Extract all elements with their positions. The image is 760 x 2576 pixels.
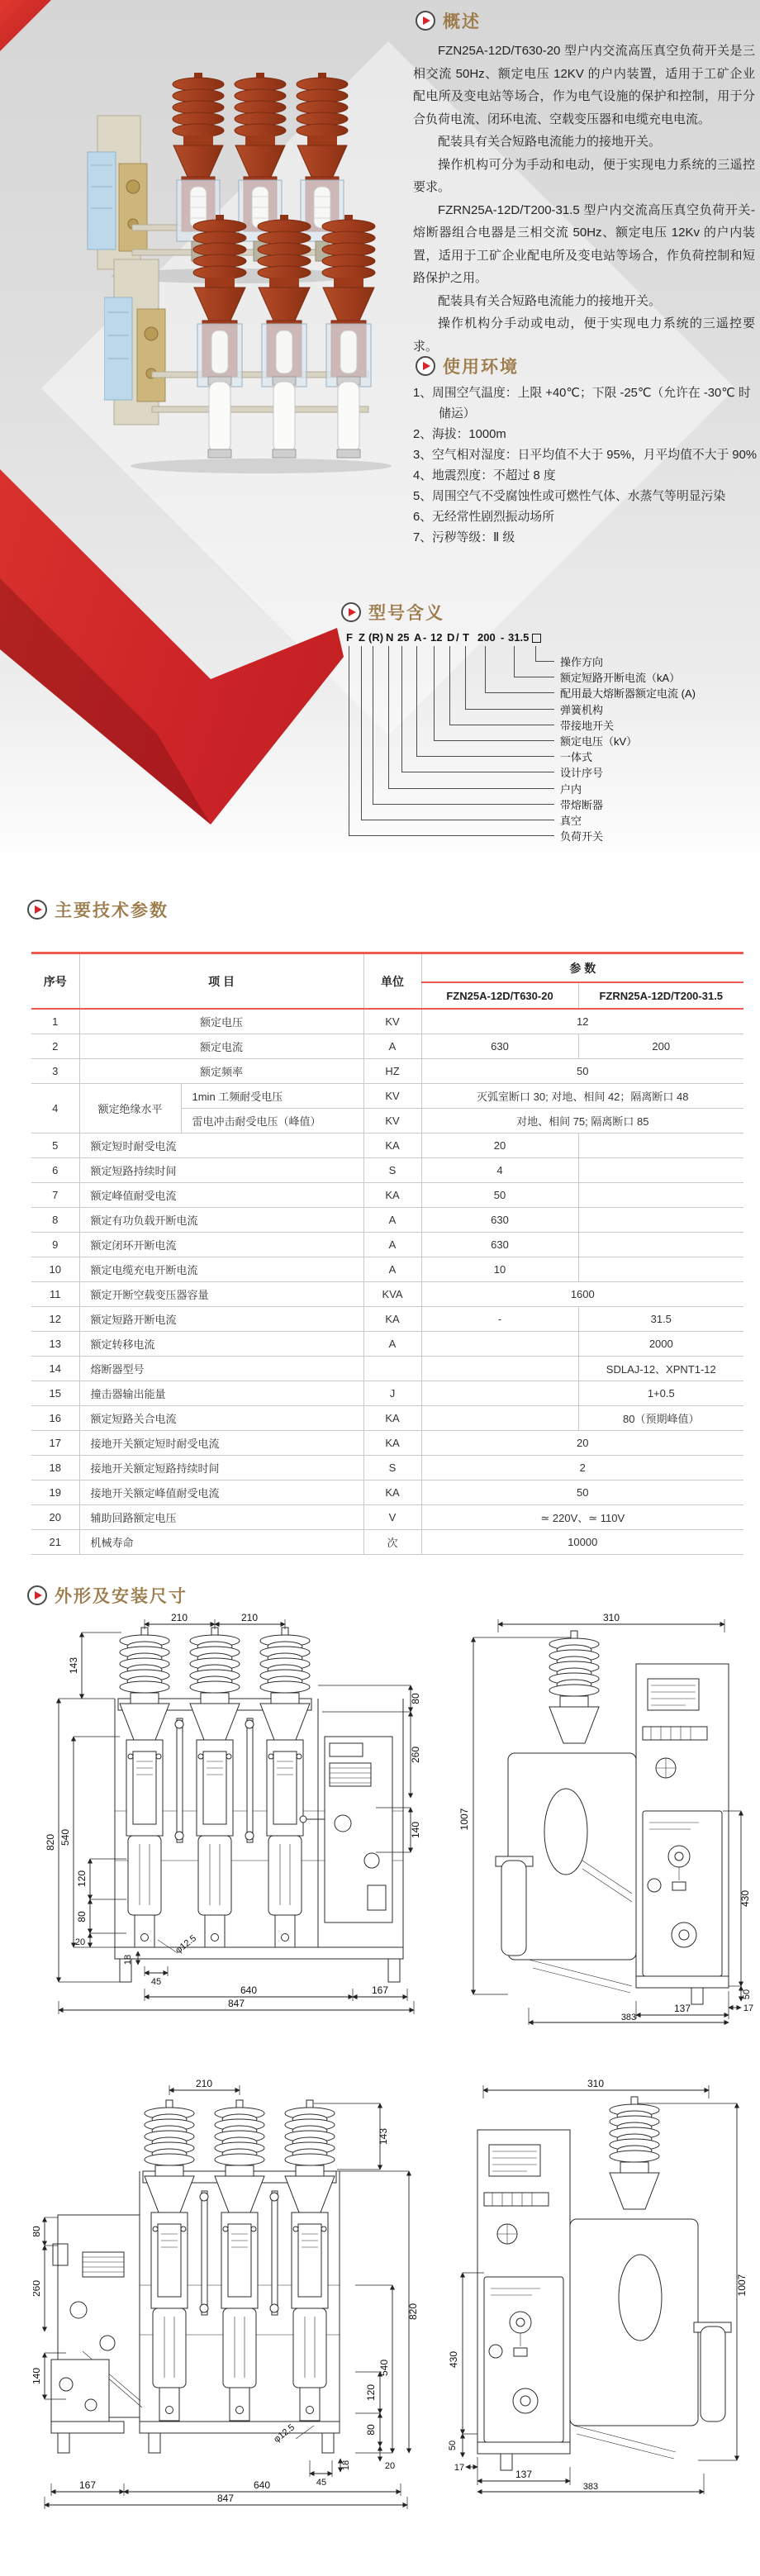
table-row: 2额定电流A630200 <box>31 1034 743 1059</box>
play-triangle-icon <box>35 1591 42 1599</box>
spec-value-1: 630 <box>421 1233 578 1257</box>
spec-no: 5 <box>31 1134 79 1158</box>
spec-item: 接地开关额定短路持续时间 <box>79 1456 363 1480</box>
table-row: 10额定电缆充电开断电流A10 <box>31 1257 743 1282</box>
table-row: 19接地开关额定峰值耐受电流KA50 <box>31 1480 743 1505</box>
spec-item: 额定频率 <box>79 1059 363 1084</box>
spec-unit: HZ <box>363 1059 421 1084</box>
model-code-part: 12 <box>430 631 442 644</box>
spec-no: 4 <box>31 1084 79 1134</box>
spec-value: 12 <box>421 1009 743 1034</box>
spec-value: 50 <box>421 1480 743 1505</box>
spec-value-1 <box>421 1381 578 1406</box>
specs-table-body: 1额定电压KV122额定电流A6302003额定频率HZ504额定绝缘水平1mi… <box>31 1009 743 1555</box>
overview-paragraph: 配装具有关合短路电流能力的接地开关。 <box>413 290 755 313</box>
environment-item: 4、地震烈度：不超过 8 度 <box>413 466 757 487</box>
dim-label: 820 <box>45 1834 56 1851</box>
section-title: 主要技术参数 <box>55 897 169 922</box>
section-dimensions-heading: 外形及安装尺寸 <box>27 1583 188 1608</box>
dim-label: 80 <box>33 2226 42 2237</box>
dim-label: 80 <box>410 1693 421 1704</box>
spec-unit: S <box>363 1158 421 1183</box>
dim-label: 310 <box>603 1613 620 1623</box>
ladder-connector <box>349 835 554 836</box>
spec-item: 雷电冲击耐受电压（峰值） <box>181 1109 363 1134</box>
dim-label: 80 <box>365 2424 377 2436</box>
dim-label: 18 <box>341 2460 351 2470</box>
spec-value-1 <box>421 1406 578 1431</box>
ladder-connector <box>535 661 554 662</box>
model-code-part: F <box>346 631 353 644</box>
table-row: 18接地开关额定短路持续时间S2 <box>31 1456 743 1480</box>
spec-unit: A <box>363 1257 421 1282</box>
spec-no: 19 <box>31 1480 79 1505</box>
table-row: 1额定电压KV12 <box>31 1009 743 1034</box>
spec-value: 对地、相间 75; 隔离断口 85 <box>421 1109 743 1134</box>
dim-label: 20 <box>75 1937 85 1947</box>
table-row: 14熔断器型号SDLAJ-12、XPNT1-12 <box>31 1357 743 1381</box>
spec-unit: KVA <box>363 1282 421 1307</box>
table-row: 7额定峰值耐受电流KA50 <box>31 1183 743 1208</box>
spec-value: 灭弧室断口 30; 对地、相间 42；隔离断口 48 <box>421 1084 743 1109</box>
col-header-item: 项 目 <box>79 953 363 1010</box>
spec-item: 额定短路关合电流 <box>79 1406 363 1431</box>
spec-value-2 <box>578 1208 743 1233</box>
environment-item: 1、周围空气温度：上限 +40℃；下限 -25℃（允许在 -30℃ 时储运） <box>413 383 757 425</box>
model-code-part: - <box>501 631 504 644</box>
spec-value-2: SDLAJ-12、XPNT1-12 <box>578 1357 743 1381</box>
dimension-figure-1-side: 310 1007 430 50 17 137 383 <box>450 1613 756 2026</box>
dim-label: 847 <box>228 1998 245 2009</box>
spec-item: 接地开关额定短时耐受电流 <box>79 1431 363 1456</box>
dim-label: 143 <box>68 1657 79 1674</box>
ladder-label: 真空 <box>560 812 582 828</box>
ladder-connector <box>465 646 466 709</box>
spec-unit: KV <box>363 1084 421 1109</box>
table-row: 5额定短时耐受电流KA20 <box>31 1134 743 1158</box>
ladder-label: 操作方向 <box>560 654 603 669</box>
spec-value: 50 <box>421 1059 743 1084</box>
table-row: 9额定闭环开断电流A630 <box>31 1233 743 1257</box>
spec-value-2 <box>578 1257 743 1282</box>
spec-value-1: 4 <box>421 1158 578 1183</box>
spec-item: 1min 工频耐受电压 <box>181 1084 363 1109</box>
spec-unit: S <box>363 1456 421 1480</box>
col-header-params: 参 数 <box>421 953 743 983</box>
spec-value-2: 80（预期峰值） <box>578 1406 743 1431</box>
dim-label: 17 <box>743 2003 753 2013</box>
spec-item: 额定电流 <box>79 1034 363 1059</box>
dim-label: 640 <box>240 1984 257 1996</box>
section-title: 概述 <box>443 8 481 33</box>
spec-item: 额定短路持续时间 <box>79 1158 363 1183</box>
spec-no: 15 <box>31 1381 79 1406</box>
specs-table: 序号 项 目 单位 参 数 FZN25A-12D/T630-20 FZRN25A… <box>31 952 743 1555</box>
spec-unit: A <box>363 1034 421 1059</box>
environment-item: 7、污秽等级：Ⅱ 级 <box>413 528 757 549</box>
ladder-label: 带熔断器 <box>560 796 603 812</box>
spec-value-1: 630 <box>421 1034 578 1059</box>
ladder-connector <box>514 677 554 677</box>
spec-no: 13 <box>31 1332 79 1357</box>
table-row: 15撞击器输出能量J1+0.5 <box>31 1381 743 1406</box>
spec-unit: KA <box>363 1307 421 1332</box>
ladder-connector <box>449 725 554 725</box>
ladder-label: 一体式 <box>560 749 592 764</box>
dim-label: 80 <box>76 1911 88 1922</box>
section-marker-icon <box>416 356 435 376</box>
spec-no: 20 <box>31 1505 79 1530</box>
spec-item: 额定有功负载开断电流 <box>79 1208 363 1233</box>
model-code-part: 31.5 <box>508 631 529 644</box>
spec-item-group: 额定绝缘水平 <box>79 1084 181 1134</box>
dim-label: 137 <box>674 2003 691 2014</box>
spec-no: 6 <box>31 1158 79 1183</box>
model-code-part: T <box>463 631 469 644</box>
spec-value: 2 <box>421 1456 743 1480</box>
dim-label: 210 <box>171 1613 188 1623</box>
ladder-connector <box>388 646 389 788</box>
ladder-label: 弹簧机构 <box>560 701 603 717</box>
spec-value-2: 31.5 <box>578 1307 743 1332</box>
spec-value-2 <box>578 1158 743 1183</box>
dimension-figure-1-front: 210 210 143 820 540 120 80 20 80 260 140… <box>45 1613 425 2026</box>
ladder-connector <box>434 740 554 741</box>
table-row: 11额定开断空载变压器容量KVA1600 <box>31 1282 743 1307</box>
dim-label: 640 <box>254 2479 270 2491</box>
spec-unit: KA <box>363 1406 421 1431</box>
dim-label: 17 <box>454 2463 464 2473</box>
spec-no: 16 <box>31 1406 79 1431</box>
dim-label: 20 <box>385 2461 395 2471</box>
spec-value-1: 10 <box>421 1257 578 1282</box>
spec-no: 1 <box>31 1009 79 1034</box>
table-row: 8额定有功负载开断电流A630 <box>31 1208 743 1233</box>
product-photo-2 <box>104 202 401 478</box>
ladder-connector <box>388 788 554 789</box>
spec-item: 额定短时耐受电流 <box>79 1134 363 1158</box>
spec-unit: KV <box>363 1109 421 1134</box>
section-marker-icon <box>341 602 361 622</box>
spec-no: 10 <box>31 1257 79 1282</box>
spec-item: 额定峰值耐受电流 <box>79 1183 363 1208</box>
model-code-part: / <box>456 631 459 644</box>
photo2-poles <box>193 215 375 458</box>
dim-label: 310 <box>587 2079 604 2089</box>
section-marker-icon <box>416 11 435 31</box>
table-row: 6额定短路持续时间S4 <box>31 1158 743 1183</box>
dimension-figure-2-front: 210 143 80 260 140 540 820 120 80 20 45 … <box>33 2079 425 2554</box>
spec-unit: KV <box>363 1009 421 1034</box>
spec-value: 20 <box>421 1431 743 1456</box>
ladder-label: 户内 <box>560 781 582 796</box>
dim-label: 847 <box>217 2493 234 2504</box>
spec-no: 8 <box>31 1208 79 1233</box>
spec-item: 接地开关额定峰值耐受电流 <box>79 1480 363 1505</box>
ladder-connector <box>434 646 435 740</box>
spec-item: 额定开断空载变压器容量 <box>79 1282 363 1307</box>
spec-no: 11 <box>31 1282 79 1307</box>
ladder-label: 负荷开关 <box>560 828 603 844</box>
spec-unit: 次 <box>363 1530 421 1555</box>
table-row: 16额定短路关合电流KA80（预期峰值） <box>31 1406 743 1431</box>
spec-item: 额定转移电流 <box>79 1332 363 1357</box>
dim-label: 140 <box>33 2368 42 2384</box>
spec-no: 9 <box>31 1233 79 1257</box>
table-row: 3额定频率HZ50 <box>31 1059 743 1084</box>
spec-item: 撞击器输出能量 <box>79 1381 363 1406</box>
play-triangle-icon <box>35 905 42 914</box>
spec-value-2: 1+0.5 <box>578 1381 743 1406</box>
spec-item: 额定短路开断电流 <box>79 1307 363 1332</box>
spec-unit: KA <box>363 1431 421 1456</box>
col-header-unit: 单位 <box>363 953 421 1010</box>
spec-no: 14 <box>31 1357 79 1381</box>
dim-label: 540 <box>59 1829 71 1846</box>
ladder-connector <box>373 804 554 805</box>
spec-value: 1600 <box>421 1282 743 1307</box>
environment-item: 5、周围空气不受腐蚀性或可燃性气体、水蒸气等明显污染 <box>413 487 757 507</box>
dim-label: 120 <box>365 2384 377 2401</box>
spec-unit: KA <box>363 1183 421 1208</box>
dim-label: 210 <box>241 1613 258 1623</box>
dim-label: 45 <box>316 2478 326 2488</box>
ladder-connector <box>514 646 515 677</box>
spec-value-2: 2000 <box>578 1332 743 1357</box>
spec-value-1: 630 <box>421 1208 578 1233</box>
spec-no: 17 <box>31 1431 79 1456</box>
environment-item: 6、无经常性剧烈振动场所 <box>413 507 757 528</box>
spec-unit: A <box>363 1208 421 1233</box>
dim-label: 45 <box>151 1977 161 1987</box>
spec-value: ≃ 220V、≃ 110V <box>421 1505 743 1530</box>
play-triangle-icon <box>349 608 356 616</box>
dim-label: 1007 <box>736 2274 748 2296</box>
dim-label: 167 <box>372 1984 388 1996</box>
dim-label: 143 <box>378 2128 389 2145</box>
spec-unit <box>363 1357 421 1381</box>
environment-item: 3、空气相对湿度：日平均值不大于 95%，月平均值不大于 90% <box>413 445 757 466</box>
spec-item: 额定闭环开断电流 <box>79 1233 363 1257</box>
section-title: 型号含义 <box>368 600 444 625</box>
dim-label: 383 <box>621 2013 636 2022</box>
section-title: 外形及安装尺寸 <box>55 1583 188 1608</box>
ladder-connector <box>485 646 486 692</box>
dim-label: 18 <box>123 1955 133 1965</box>
model-code-part: N <box>386 631 393 644</box>
spec-value-1: - <box>421 1307 578 1332</box>
spec-no: 12 <box>31 1307 79 1332</box>
ladder-connector <box>465 709 554 710</box>
section-specs-heading: 主要技术参数 <box>27 897 169 922</box>
spec-no: 3 <box>31 1059 79 1084</box>
spec-unit: KA <box>363 1480 421 1505</box>
dim-label: 820 <box>407 2303 419 2320</box>
environment-item: 2、海拔：1000m <box>413 425 757 445</box>
table-row: 13额定转移电流A2000 <box>31 1332 743 1357</box>
ladder-label: 带接地开关 <box>560 717 614 733</box>
dim-label: 167 <box>79 2479 96 2491</box>
ladder-connector <box>416 756 554 757</box>
spec-no: 2 <box>31 1034 79 1059</box>
overview-paragraph: 操作机构分手动或电动，便于实现电力系统的三遥控要求。 <box>413 312 755 358</box>
overview-paragraph: 操作机构可分为手动和电动，便于实现电力系统的三遥控要求。 <box>413 154 755 199</box>
spec-value-1: 50 <box>421 1183 578 1208</box>
spec-value-2: 200 <box>578 1034 743 1059</box>
play-triangle-icon <box>423 17 430 25</box>
ladder-label: 配用最大熔断器额定电流 (A) <box>560 685 696 701</box>
dim-label: 120 <box>76 1870 88 1887</box>
dim-label: 260 <box>410 1747 421 1763</box>
section-model-heading: 型号含义 <box>341 600 444 625</box>
model-code-part: 25 <box>397 631 409 644</box>
section-marker-icon <box>27 1585 47 1605</box>
overview-paragraph: 配装具有关合短路电流能力的接地开关。 <box>413 131 755 154</box>
dim-label: 260 <box>33 2280 42 2297</box>
ladder-connector <box>361 820 554 820</box>
model-code-part: - <box>423 631 426 644</box>
spec-value-2 <box>578 1183 743 1208</box>
dim-label: 430 <box>448 2351 459 2368</box>
play-triangle-icon <box>423 362 430 370</box>
section-overview-heading: 概述 <box>416 8 481 33</box>
section-marker-icon <box>27 900 47 920</box>
spec-unit: KA <box>363 1134 421 1158</box>
ladder-connector <box>449 646 450 725</box>
spec-no: 21 <box>31 1530 79 1555</box>
dimension-figure-2-side: 310 430 50 17 137 383 1007 <box>446 2079 756 2554</box>
ladder-label: 额定电压（kV） <box>560 733 637 749</box>
spec-no: 18 <box>31 1456 79 1480</box>
spec-value-1: 20 <box>421 1134 578 1158</box>
col-header-no: 序号 <box>31 953 79 1010</box>
ladder-connector <box>535 646 536 661</box>
spec-item: 辅助回路额定电压 <box>79 1505 363 1530</box>
spec-item: 熔断器型号 <box>79 1357 363 1381</box>
spec-item: 机械寿命 <box>79 1530 363 1555</box>
model-code-part: 200 <box>477 631 496 644</box>
table-row: 21机械寿命次10000 <box>31 1530 743 1555</box>
spec-item: 额定电缆充电开断电流 <box>79 1257 363 1282</box>
ladder-connector <box>373 646 373 804</box>
overview-paragraphs: FZN25A-12D/T630-20 型户内交流高压真空负荷开关是三相交流 50… <box>413 40 755 358</box>
ladder-connector <box>401 646 402 772</box>
model-code-part: A <box>414 631 421 644</box>
spec-value-2 <box>578 1233 743 1257</box>
table-row: 17接地开关额定短时耐受电流KA20 <box>31 1431 743 1456</box>
spec-value-1 <box>421 1357 578 1381</box>
ladder-connector <box>485 692 554 693</box>
table-row: 20辅助回路额定电压V≃ 220V、≃ 110V <box>31 1505 743 1530</box>
model-code-part: Z <box>359 631 365 644</box>
spec-unit: A <box>363 1233 421 1257</box>
spec-value-1 <box>421 1332 578 1357</box>
spec-unit: V <box>363 1505 421 1530</box>
dim-label: 137 <box>515 2469 532 2480</box>
spec-value: 10000 <box>421 1530 743 1555</box>
dim-label: 383 <box>583 2482 598 2492</box>
dim-label: 50 <box>448 2441 458 2450</box>
col-header-model-2: FZRN25A-12D/T200-31.5 <box>578 982 743 1009</box>
model-ladder: FZ(R)N25A-12D/T200-31.5操作方向额定短路开断电流（kA）配… <box>343 631 731 851</box>
ladder-connector <box>416 646 417 756</box>
overview-paragraph: FZRN25A-12D/T200-31.5 型户内交流高压真空负荷开关-熔断器组… <box>413 199 755 290</box>
model-code-part: D <box>447 631 454 644</box>
spec-item: 额定电压 <box>79 1009 363 1034</box>
col-header-model-1: FZN25A-12D/T630-20 <box>421 982 578 1009</box>
catalog-page: 概述 FZN25A-12D/T630-20 型户内交流高压真空负荷开关是三相交流… <box>0 0 760 2576</box>
ladder-connector <box>401 772 554 772</box>
dim-label: 210 <box>196 2079 212 2089</box>
section-environment-heading: 使用环境 <box>416 354 519 378</box>
spec-no: 7 <box>31 1183 79 1208</box>
environment-list: 1、周围空气温度：上限 +40℃；下限 -25℃（允许在 -30℃ 时储运）2、… <box>413 383 757 549</box>
dim-label: 430 <box>739 1890 751 1907</box>
section-title: 使用环境 <box>443 354 519 378</box>
dim-label: 50 <box>742 1989 752 1999</box>
table-row: 12额定短路开断电流KA-31.5 <box>31 1307 743 1332</box>
ladder-connector <box>361 646 362 820</box>
spec-unit: J <box>363 1381 421 1406</box>
overview-paragraph: FZN25A-12D/T630-20 型户内交流高压真空负荷开关是三相交流 50… <box>413 40 755 131</box>
ladder-label: 额定短路开断电流（kA） <box>560 669 680 685</box>
model-code-part <box>532 634 541 643</box>
dim-label: 140 <box>410 1822 421 1838</box>
dim-label: 1007 <box>458 1808 470 1830</box>
spec-value-2 <box>578 1134 743 1158</box>
ladder-connector <box>349 646 349 835</box>
model-code-part: (R) <box>368 631 383 644</box>
ladder-label: 设计序号 <box>560 764 603 780</box>
table-row: 4额定绝缘水平1min 工频耐受电压KV灭弧室断口 30; 对地、相间 42；隔… <box>31 1084 743 1109</box>
spec-unit: A <box>363 1332 421 1357</box>
